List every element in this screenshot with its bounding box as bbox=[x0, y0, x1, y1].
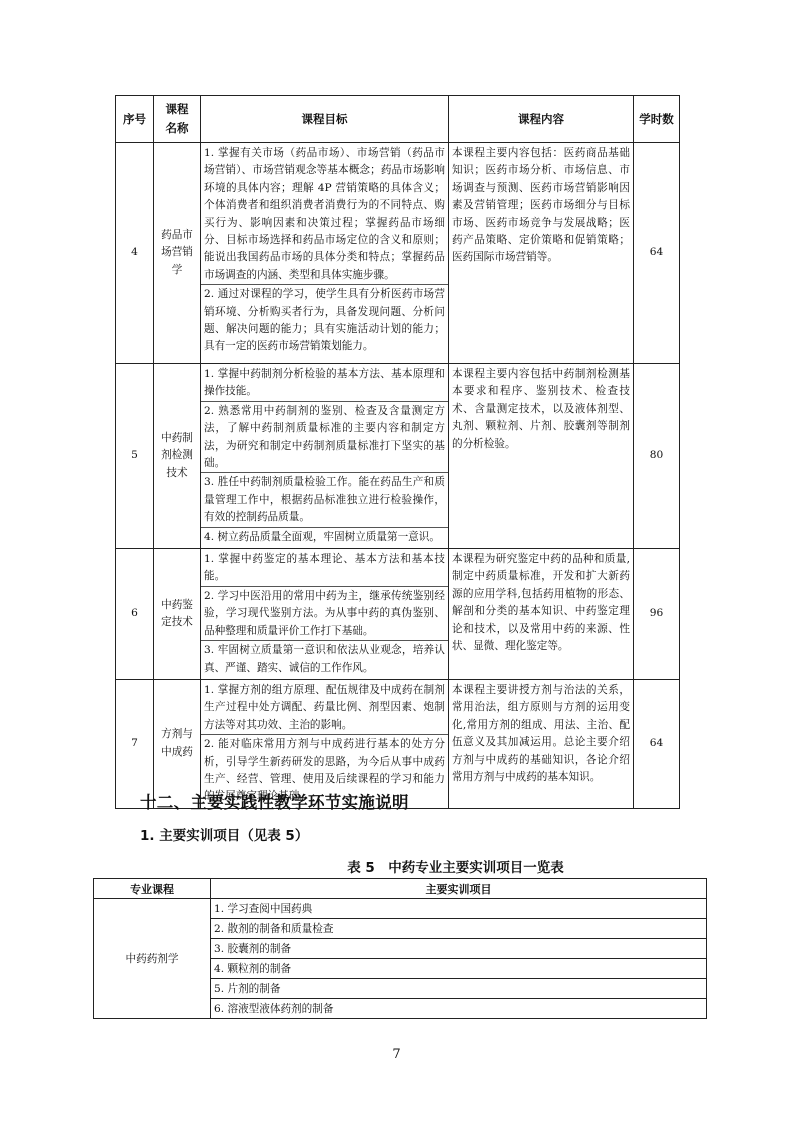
table-row: 中药药剂学 1. 学习查阅中国药典 bbox=[94, 899, 707, 919]
header-hours: 学时数 bbox=[634, 96, 680, 143]
specialty-course: 中药药剂学 bbox=[94, 899, 211, 1019]
header-course-content: 课程内容 bbox=[449, 96, 634, 143]
training-project-item: 5. 片剂的制备 bbox=[211, 979, 707, 999]
table-caption: 表 5 中药专业主要实训项目一览表 bbox=[0, 856, 793, 876]
row-course-content: 本课程主要讲授方剂与治法的关系，常用治法，组方原则与方剂的运用变化,常用方剂的组… bbox=[449, 679, 634, 808]
goal-item: 2. 通过对课程的学习，使学生具有分析医药市场营销环境、分析购买者行为，具备发现… bbox=[201, 284, 448, 356]
goal-item: 4. 树立药品质量全面观，牢固树立质量第一意识。 bbox=[201, 527, 448, 546]
section-heading: 十二、主要实践性教学环节实施说明 bbox=[140, 789, 409, 813]
row-hours: 80 bbox=[634, 364, 680, 549]
row-course-goal: 1. 掌握中药制剂分析检验的基本方法、基本原理和操作技能。 2. 熟悉常用中药制… bbox=[201, 364, 449, 549]
course-table: 序号 课程名称 课程目标 课程内容 学时数 4 药品市场营销学 1. 掌握有关市… bbox=[115, 95, 680, 809]
header-course-name: 课程名称 bbox=[154, 96, 201, 143]
row-course-goal: 1. 掌握中药鉴定的基本理论、基本方法和基本技能。 2. 学习中医沿用的常用中药… bbox=[201, 549, 449, 680]
table-row: 5 中药制剂检测技术 1. 掌握中药制剂分析检验的基本方法、基本原理和操作技能。… bbox=[116, 364, 680, 549]
goal-item: 3. 胜任中药制剂质量检验工作。能在药品生产和质量管理工作中，根据药品标准独立进… bbox=[201, 472, 448, 526]
training-projects-table: 专业课程 主要实训项目 中药药剂学 1. 学习查阅中国药典 2. 散剂的制备和质… bbox=[93, 878, 707, 1019]
row-course-goal: 1. 掌握有关市场（药品市场）、市场营销（药品市场营销）、市场营销观念等基本概念… bbox=[201, 143, 449, 364]
goal-item: 1. 掌握有关市场（药品市场）、市场营销（药品市场营销）、市场营销观念等基本概念… bbox=[201, 145, 448, 284]
row-hours: 96 bbox=[634, 549, 680, 680]
training-project-item: 4. 颗粒剂的制备 bbox=[211, 959, 707, 979]
row-course-content: 本课程主要内容包括：医药商品基础知识；医药市场分析、市场信息、市场调查与预测、医… bbox=[449, 143, 634, 364]
row-no: 6 bbox=[116, 549, 154, 680]
row-course-content: 本课程为研究鉴定中药的品种和质量,制定中药质量标准，开发和扩大新药源的应用学科,… bbox=[449, 549, 634, 680]
goal-item: 3. 牢固树立质量第一意识和依法从业观念，培养认真、严谨、踏实、诚信的工作作风。 bbox=[201, 640, 448, 677]
goal-item: 1. 掌握中药制剂分析检验的基本方法、基本原理和操作技能。 bbox=[201, 366, 448, 401]
table-row: 6 中药鉴定技术 1. 掌握中药鉴定的基本理论、基本方法和基本技能。 2. 学习… bbox=[116, 549, 680, 680]
goal-item: 1. 掌握方剂的组方原理、配伍规律及中成药在制剂生产过程中处方调配、药量比例、剂… bbox=[201, 682, 448, 734]
row-course-name: 中药制剂检测技术 bbox=[154, 364, 201, 549]
subsection-heading: 1. 主要实训项目（见表 5） bbox=[140, 824, 308, 844]
training-project-item: 1. 学习查阅中国药典 bbox=[211, 899, 707, 919]
training-project-item: 3. 胶囊剂的制备 bbox=[211, 939, 707, 959]
row-hours: 64 bbox=[634, 679, 680, 808]
header-course-goal: 课程目标 bbox=[201, 96, 449, 143]
row-no: 5 bbox=[116, 364, 154, 549]
row-course-content: 本课程主要内容包括中药制剂检测基本要求和程序、鉴别技术、检查技术、含量测定技术，… bbox=[449, 364, 634, 549]
header-training-projects: 主要实训项目 bbox=[211, 879, 707, 899]
course-table-header-row: 序号 课程名称 课程目标 课程内容 学时数 bbox=[116, 96, 680, 143]
row-course-name: 中药鉴定技术 bbox=[154, 549, 201, 680]
row-course-name: 药品市场营销学 bbox=[154, 143, 201, 364]
document-page: 序号 课程名称 课程目标 课程内容 学时数 4 药品市场营销学 1. 掌握有关市… bbox=[0, 0, 793, 1122]
goal-item: 1. 掌握中药鉴定的基本理论、基本方法和基本技能。 bbox=[201, 551, 448, 586]
goal-item: 2. 学习中医沿用的常用中药为主，继承传统鉴别经验，学习现代鉴别方法。为从事中药… bbox=[201, 586, 448, 640]
row-no: 4 bbox=[116, 143, 154, 364]
table-row: 4 药品市场营销学 1. 掌握有关市场（药品市场）、市场营销（药品市场营销）、市… bbox=[116, 143, 680, 364]
training-project-item: 2. 散剂的制备和质量检查 bbox=[211, 919, 707, 939]
row-hours: 64 bbox=[634, 143, 680, 364]
page-number: 7 bbox=[0, 1047, 793, 1062]
table-caption-text: 表 5 中药专业主要实训项目一览表 bbox=[347, 860, 564, 876]
header-no: 序号 bbox=[116, 96, 154, 143]
training-table-header-row: 专业课程 主要实训项目 bbox=[94, 879, 707, 899]
header-specialty-course: 专业课程 bbox=[94, 879, 211, 899]
goal-item: 2. 熟悉常用中药制剂的鉴别、检查及含量测定方法，了解中药制剂质量标准的主要内容… bbox=[201, 401, 448, 473]
training-project-item: 6. 溶液型液体药剂的制备 bbox=[211, 999, 707, 1019]
